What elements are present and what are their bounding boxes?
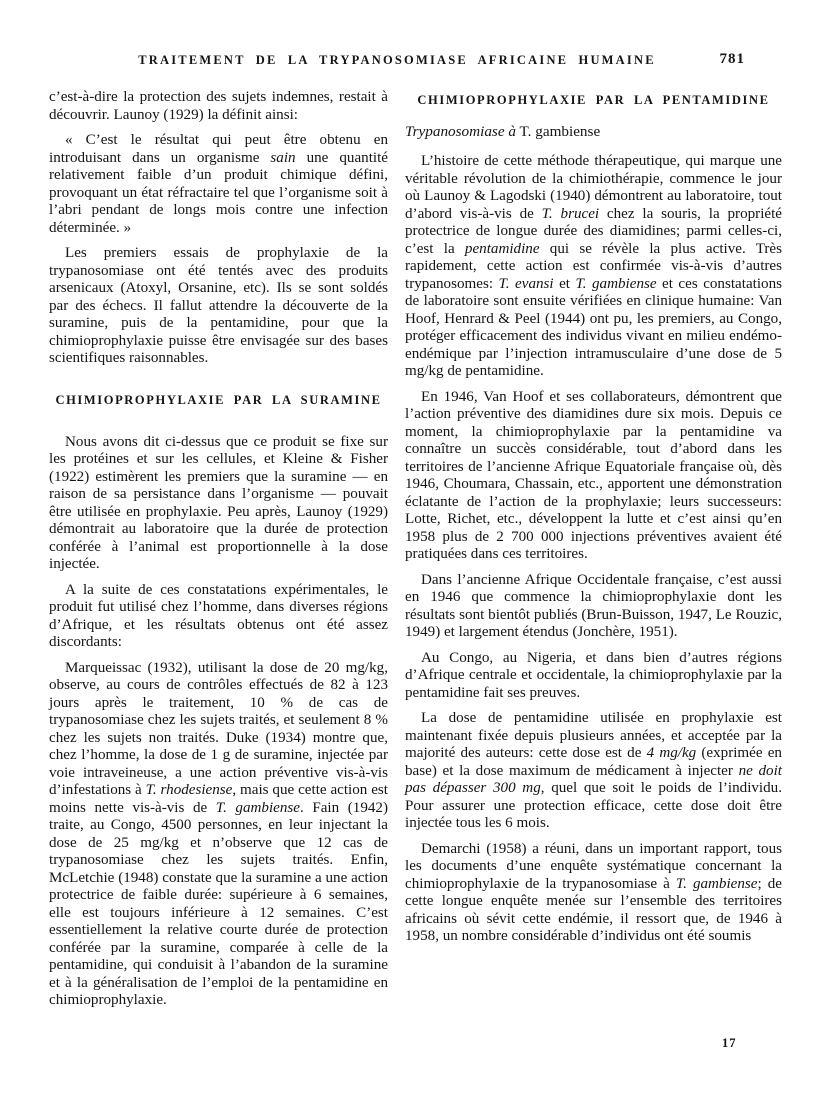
text-segment: Au Congo, au Nigeria, et dans bien d’aut… bbox=[405, 650, 782, 701]
paragraph: A la suite de ces constatations expérime… bbox=[49, 582, 388, 652]
text-segment: CHIMIOPROPHYLAXIE PAR LA PENTAMIDINE bbox=[417, 93, 769, 107]
document-page: TRAITEMENT DE LA TRYPANOSOMIASE AFRICAIN… bbox=[0, 0, 816, 1098]
signature-mark: 17 bbox=[722, 1036, 737, 1051]
text-segment: et bbox=[554, 276, 576, 292]
italic-text-segment: T. gambiense bbox=[676, 876, 758, 892]
italic-text-segment: 4 mg/kg bbox=[647, 745, 697, 761]
italic-text-segment: T. rhodesiense bbox=[146, 782, 233, 798]
paragraph: Les premiers essais de prophylaxie de la… bbox=[49, 245, 388, 368]
paragraph: Nous avons dit ci-dessus que ce produit … bbox=[49, 434, 388, 574]
paragraph: Au Congo, au Nigeria, et dans bien d’aut… bbox=[405, 650, 782, 703]
text-segment: c’est-à-dire la protection des sujets in… bbox=[49, 89, 388, 123]
text-segment: Les premiers essais de prophylaxie de la… bbox=[49, 245, 388, 366]
text-segment: Dans l’ancienne Afrique Occidentale fran… bbox=[405, 572, 782, 641]
text-segment: CHIMIOPROPHYLAXIE PAR LA SURAMINE bbox=[55, 393, 381, 407]
text-segment: Marqueissac (1932), utilisant la dose de… bbox=[49, 660, 388, 799]
running-header: TRAITEMENT DE LA TRYPANOSOMIASE AFRICAIN… bbox=[49, 53, 745, 68]
left-column: c’est-à-dire la protection des sujets in… bbox=[49, 89, 388, 1018]
text-segment: . Fain (1942) traite, au Congo, 4500 per… bbox=[49, 800, 388, 1009]
section-heading: CHIMIOPROPHYLAXIE PAR LA PENTAMIDINE bbox=[405, 92, 782, 108]
text-segment: Nous avons dit ci-dessus que ce produit … bbox=[49, 434, 388, 573]
italic-text-segment: T. gambiense bbox=[575, 276, 656, 292]
paragraph: En 1946, Van Hoof et ses collaborateurs,… bbox=[405, 389, 782, 564]
paragraph: « C’est le résultat qui peut être obtenu… bbox=[49, 132, 388, 237]
italic-text-segment: T. gambiense bbox=[216, 800, 300, 816]
italic-text-segment: T. evansi bbox=[499, 276, 554, 292]
text-segment: A la suite de ces constatations expérime… bbox=[49, 582, 388, 651]
paragraph: Dans l’ancienne Afrique Occidentale fran… bbox=[405, 572, 782, 642]
paragraph: L’histoire de cette méthode thérapeutiqu… bbox=[405, 153, 782, 381]
italic-text-segment: Trypanosomiase à bbox=[405, 123, 516, 140]
right-column: CHIMIOPROPHYLAXIE PAR LA PENTAMIDINETryp… bbox=[405, 86, 782, 954]
paragraph: c’est-à-dire la protection des sujets in… bbox=[49, 89, 388, 124]
italic-text-segment: pentamidine bbox=[465, 241, 540, 257]
subsection-heading: Trypanosomiase à T. gambiense bbox=[405, 122, 782, 141]
italic-text-segment: sain bbox=[270, 150, 295, 166]
page-number: 781 bbox=[720, 51, 746, 68]
italic-text-segment: T. brucei bbox=[542, 206, 599, 222]
paragraph: La dose de pentamidine utilisée en proph… bbox=[405, 710, 782, 833]
text-segment: T. gambiense bbox=[516, 123, 600, 140]
section-heading: CHIMIOPROPHYLAXIE PAR LA SURAMINE bbox=[49, 392, 388, 408]
text-segment: En 1946, Van Hoof et ses collaborateurs,… bbox=[405, 389, 782, 563]
paragraph: Marqueissac (1932), utilisant la dose de… bbox=[49, 660, 388, 1010]
paragraph: Demarchi (1958) a réuni, dans un importa… bbox=[405, 841, 782, 946]
